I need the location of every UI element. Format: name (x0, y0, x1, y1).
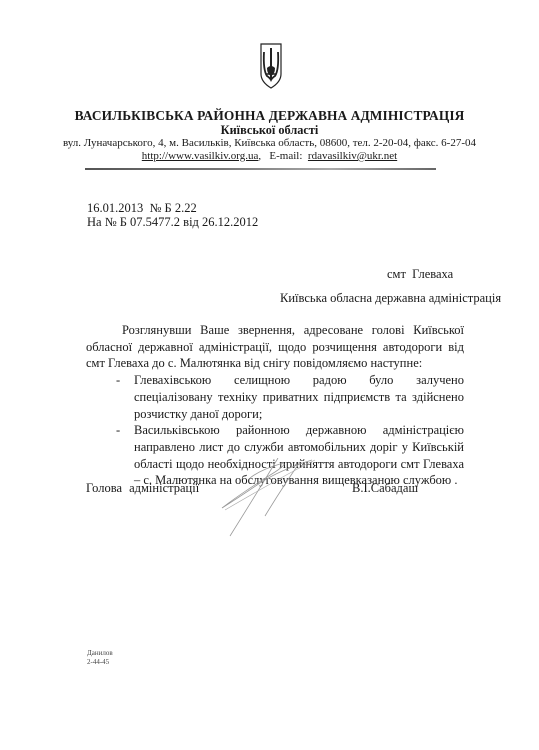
incoming-reference: На № Б 07.5477.2 від 26.12.2012 (87, 215, 258, 230)
website-link[interactable]: http://www.vasilkiv.org.ua (142, 150, 259, 162)
signatory-name: В.І.Сабадаш (352, 481, 418, 496)
organization-name: ВАСИЛЬКІВСЬКА РАЙОННА ДЕРЖАВНА АДМІНІСТР… (0, 108, 539, 124)
executor-phone: 2-44-45 (87, 658, 113, 667)
addressee-location: смт Глеваха (387, 267, 453, 282)
outgoing-reference: 16.01.2013 № Б 2.22 (87, 201, 197, 216)
email-label: E-mail: (269, 150, 302, 162)
handwritten-signature-icon (220, 458, 320, 543)
organization-contacts: http://www.vasilkiv.org.ua, E-mail: rdav… (0, 150, 539, 162)
list-dash: - (116, 372, 120, 389)
addressee-organization: Київська обласна державна адміністрація (280, 291, 501, 306)
list-item-text: Глевахівською селищною радою було залуче… (134, 373, 464, 420)
organization-region: Київської області (0, 123, 539, 138)
letterhead-divider (85, 168, 436, 170)
executor-name: Данилов (87, 649, 113, 658)
organization-address: вул. Луначарського, 4, м. Васильків, Киї… (0, 137, 539, 149)
email-link[interactable]: rdavasilkiv@ukr.net (308, 150, 397, 162)
body-paragraph: Розглянувши Ваше звернення, адресоване г… (86, 322, 464, 372)
list-item: - Глевахівською селищною радою було залу… (86, 372, 464, 422)
list-dash: - (116, 422, 120, 439)
signatory-title: Голова адміністрації (86, 481, 199, 496)
trident-coat-of-arms-icon (259, 40, 283, 90)
executor-info: Данилов 2-44-45 (87, 649, 113, 667)
